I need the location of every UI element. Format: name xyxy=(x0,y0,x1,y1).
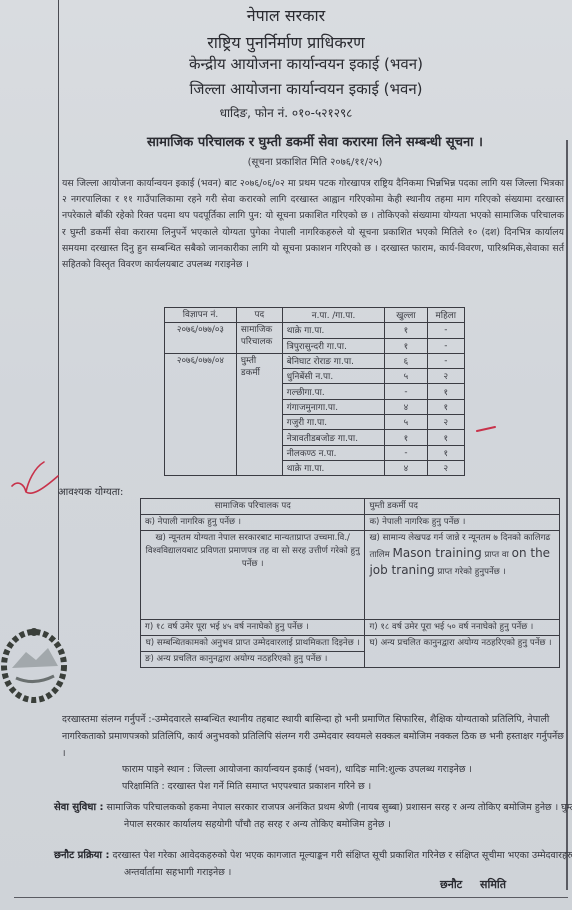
central-unit-name: केन्द्रीय आयोजना कार्यान्वयन इकाई (भवन) xyxy=(20,54,572,74)
service-text: सामाजिक परिचालकको हकमा नेपाल सरकार राजपत… xyxy=(107,802,572,830)
open-count-cell: ६ xyxy=(385,353,427,368)
sm-qual-e: ङ) अन्य प्रचलित कानुनद्वारा अयोग्य नठहरि… xyxy=(141,652,365,668)
red-pen-mark-icon xyxy=(476,425,496,433)
open-count-cell: १ xyxy=(385,430,427,445)
gov-name: नेपाल सरकार xyxy=(0,4,572,26)
location-phone: धादिङ, फोन नं. ०१०-५२१२९८ xyxy=(0,104,572,121)
municipality-cell: त्रिपुरासुन्दरी गा.पा. xyxy=(282,338,385,353)
government-emblem-stamp-icon xyxy=(0,622,70,704)
table-row: २०७६/०७७/०४घुम्ती डकर्मीबेनिघाट रोराङ गा… xyxy=(165,353,465,368)
open-count-cell: - xyxy=(385,384,427,399)
publish-date: (सूचना प्रकाशित मिति २०७६/११/२५) xyxy=(60,154,570,168)
mason-header: घुम्ती डकर्मी पद xyxy=(365,499,560,515)
post-cell: सामाजिक परिचालक xyxy=(236,323,282,354)
header-female: महिला xyxy=(427,308,464,323)
header-open: खुल्ला xyxy=(385,308,427,323)
header-ad-no: विज्ञापन नं. xyxy=(165,308,237,323)
municipality-cell: थाक्रे गा.पा. xyxy=(282,323,385,338)
ad-number-cell: २०७६/०७७/०४ xyxy=(165,353,237,475)
header-municipality: न.पा. /गा.पा. xyxy=(282,308,385,323)
mason-qual-d: घ) अन्य प्रचलित कानुनद्वारा अयोग्य नठहरि… xyxy=(365,636,560,668)
female-count-cell: १ xyxy=(427,430,464,445)
post-cell: घुम्ती डकर्मी xyxy=(236,353,282,475)
border-line-bottom xyxy=(14,897,568,898)
female-count-cell: - xyxy=(427,323,464,338)
open-count-cell: - xyxy=(385,445,427,460)
form-place: फाराम पाइने स्थान : जिल्ला आयोजना कार्या… xyxy=(62,761,572,778)
open-count-cell: ५ xyxy=(385,415,427,430)
selection-text: दरखास्त पेश गरेका आवेदकहरुको पेश भएक काग… xyxy=(113,850,572,878)
mason-obtained-or: प्राप्त वा xyxy=(484,550,508,560)
table-row: २०७६/०७७/०३सामाजिक परिचालकथाक्रे गा.पा.१… xyxy=(165,323,465,338)
header-post: पद xyxy=(236,308,282,323)
intro-paragraph: यस जिल्ला आयोजना कार्यान्वयन इकाई (भवन) … xyxy=(62,176,564,273)
female-count-cell: २ xyxy=(427,460,464,475)
vacancy-table: विज्ञापन नं. पद न.पा. /गा.पा. खुल्ला महि… xyxy=(164,307,465,476)
attachments-paragraph: दरखास्तमा संलग्न गर्नुपर्ने :-उम्मेदवारल… xyxy=(62,711,564,762)
mason-qual-b: ख) सामान्य लेखपढ गर्न जान्ने र न्यूनतम ७… xyxy=(365,531,560,620)
open-count-cell: ४ xyxy=(385,399,427,414)
ad-number-cell: २०७६/०७७/०३ xyxy=(165,323,237,354)
female-count-cell: - xyxy=(427,338,464,353)
female-count-cell: १ xyxy=(427,384,464,399)
qualifications-table: सामाजिक परिचालक पद घुम्ती डकर्मी पद क) न… xyxy=(140,498,560,668)
open-count-cell: ४ xyxy=(385,460,427,475)
open-count-cell: ५ xyxy=(385,369,427,384)
female-count-cell: १ xyxy=(427,399,464,414)
social-mobilizer-header: सामाजिक परिचालक पद xyxy=(141,499,365,515)
sm-qual-a: क) नेपाली नागरिक हुनु पर्नेछ । xyxy=(141,515,365,531)
signature-committee: छनौट समिति xyxy=(440,877,506,892)
selection-label: छनौट प्रक्रिया : xyxy=(54,850,110,861)
sm-qual-b: ख) न्यूनतम योग्यता नेपाल सरकारबाट मान्यत… xyxy=(141,531,365,620)
open-count-cell: १ xyxy=(385,323,427,338)
female-count-cell: २ xyxy=(427,415,464,430)
open-count-cell: १ xyxy=(385,338,427,353)
mason-training-text: Mason training xyxy=(393,546,482,560)
female-count-cell: २ xyxy=(427,369,464,384)
exam-date: परिक्षामिति : दरखास्त पेश गर्ने मिति समा… xyxy=(62,778,572,795)
authority-name: राष्ट्रिय पुनर्निर्माण प्राधिकरण xyxy=(0,31,572,53)
service-facility: सेवा सुविधा : सामाजिक परिचालकको हकमा नेप… xyxy=(54,799,572,833)
municipality-cell: गजुरी गा.पा. xyxy=(282,415,385,430)
selection-process: छनौट प्रक्रिया : दरखास्त पेश गरेका आवेदक… xyxy=(54,847,572,881)
mason-qual-c: ग) १८ वर्ष उमेर पूरा भई ५० वर्ष ननाघेको … xyxy=(365,620,560,636)
municipality-cell: नेत्रावतीडबजोङ गा.पा. xyxy=(282,430,385,445)
qualifications-label: आवश्यक योग्यता: xyxy=(58,484,123,498)
municipality-cell: धुनिबेंसी न.पा. xyxy=(282,369,385,384)
municipality-cell: गल्छीगा.पा. xyxy=(282,384,385,399)
notice-title: सामाजिक परिचालक र घुम्ती डकर्मी सेवा करा… xyxy=(60,132,570,150)
municipality-cell: नीलकण्ठ न.पा. xyxy=(282,445,385,460)
table-header-row: विज्ञापन नं. पद न.पा. /गा.पा. खुल्ला महि… xyxy=(165,308,465,323)
sm-qual-c: ग) १८ वर्ष उमेर पूरा भई ४५ वर्ष ननाघेको … xyxy=(141,620,365,636)
female-count-cell: १ xyxy=(427,445,464,460)
sm-qual-d: घ) सम्बन्धितकामको अनुभव प्राप्त उम्मेदवा… xyxy=(141,636,365,652)
municipality-cell: बेनिघाट रोराङ गा.पा. xyxy=(282,353,385,368)
service-label: सेवा सुविधा : xyxy=(54,802,104,813)
female-count-cell: - xyxy=(427,353,464,368)
mason-qual-a: क) नेपाली नागरिक हुनु पर्नेछ । xyxy=(365,515,560,531)
municipality-cell: थाक्रे गा.पा. xyxy=(282,460,385,475)
district-unit-name: जिल्ला आयोजना कार्यान्वयन इकाई (भवन) xyxy=(20,79,572,99)
mason-qual-b-end: प्राप्त गरेको हुनुपर्नेछ । xyxy=(437,567,505,577)
red-tick-mark-icon xyxy=(8,458,60,502)
municipality-cell: गंगाजमुनागा.पा. xyxy=(282,399,385,414)
